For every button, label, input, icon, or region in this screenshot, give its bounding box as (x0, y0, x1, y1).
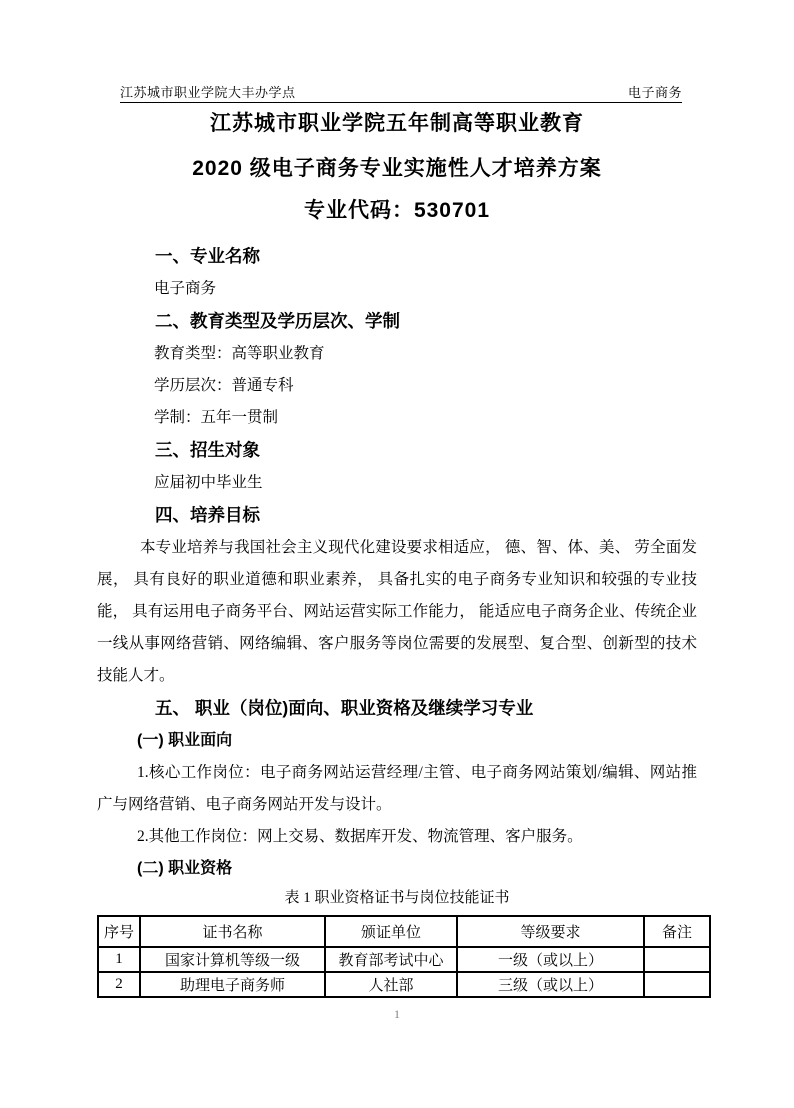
table-caption: 表 1 职业资格证书与岗位技能证书 (97, 885, 697, 911)
section-heading-training-objective: 四、培养目标 (97, 499, 697, 532)
qualification-table: 序号 证书名称 颁证单位 等级要求 备注 1 国家计算机等级一级 教育部考试中心… (97, 915, 711, 998)
section-heading-enrollment-target: 三、招生对象 (97, 434, 697, 467)
cell-level: 三级（或以上） (457, 972, 644, 997)
section-heading-career-orientation: 五、 职业（岗位)面向、职业资格及继续学习专业 (97, 692, 697, 725)
page-number: 1 (394, 1007, 400, 1021)
major-name-text: 电子商务 (97, 273, 697, 305)
document-body: 一、专业名称 电子商务 二、教育类型及学历层次、学制 教育类型：高等职业教育 学… (97, 240, 697, 998)
enrollment-target-text: 应届初中毕业生 (97, 467, 697, 499)
cell-issuer: 教育部考试中心 (325, 947, 457, 972)
table-header-level: 等级要求 (457, 916, 644, 947)
header-right-text: 电子商务 (628, 85, 682, 100)
document-page: 江苏城市职业学院大丰办学点 电子商务 江苏城市职业学院五年制高等职业教育 202… (0, 0, 794, 1108)
core-jobs-item: 1.核心工作岗位：电子商务网站运营经理/主管、电子商务网站策划/编辑、网站推广与… (97, 757, 697, 821)
title-block: 江苏城市职业学院五年制高等职业教育 2020 级电子商务专业实施性人才培养方案 … (0, 110, 794, 225)
cell-seq: 1 (98, 947, 140, 972)
table-header-remark: 备注 (644, 916, 710, 947)
document-title-line-1: 江苏城市职业学院五年制高等职业教育 (0, 110, 794, 138)
other-jobs-item: 2.其他工作岗位：网上交易、数据库开发、物流管理、客户服务。 (97, 821, 697, 853)
training-objective-paragraph: 本专业培养与我国社会主义现代化建设要求相适应， 德、智、体、美、 劳全面发展， … (97, 532, 697, 692)
education-type-line: 教育类型：高等职业教育 (97, 338, 697, 370)
page-header: 江苏城市职业学院大丰办学点 电子商务 (120, 85, 682, 103)
degree-level-line: 学历层次：普通专科 (97, 370, 697, 402)
cell-issuer: 人社部 (325, 972, 457, 997)
cell-seq: 2 (98, 972, 140, 997)
document-title-line-3: 专业代码：530701 (0, 197, 794, 225)
schooling-length-line: 学制：五年一贯制 (97, 402, 697, 434)
cell-remark (644, 972, 710, 997)
section-heading-education-type: 二、教育类型及学历层次、学制 (97, 305, 697, 338)
table-row: 2 助理电子商务师 人社部 三级（或以上） (98, 972, 710, 997)
document-title-line-2: 2020 级电子商务专业实施性人才培养方案 (0, 155, 794, 183)
table-header-seq: 序号 (98, 916, 140, 947)
cell-level: 一级（或以上） (457, 947, 644, 972)
table-header-cert-name: 证书名称 (140, 916, 325, 947)
table-header-row: 序号 证书名称 颁证单位 等级要求 备注 (98, 916, 710, 947)
cell-cert-name: 国家计算机等级一级 (140, 947, 325, 972)
cell-cert-name: 助理电子商务师 (140, 972, 325, 997)
section-heading-major-name: 一、专业名称 (97, 240, 697, 273)
subsection-heading-career-facing: (一) 职业面向 (97, 725, 697, 757)
table-row: 1 国家计算机等级一级 教育部考试中心 一级（或以上） (98, 947, 710, 972)
header-left-text: 江苏城市职业学院大丰办学点 (120, 85, 296, 100)
table-header-issuer: 颁证单位 (325, 916, 457, 947)
page-footer: 1 (0, 1005, 794, 1023)
cell-remark (644, 947, 710, 972)
subsection-heading-qualification: (二) 职业资格 (97, 853, 697, 885)
